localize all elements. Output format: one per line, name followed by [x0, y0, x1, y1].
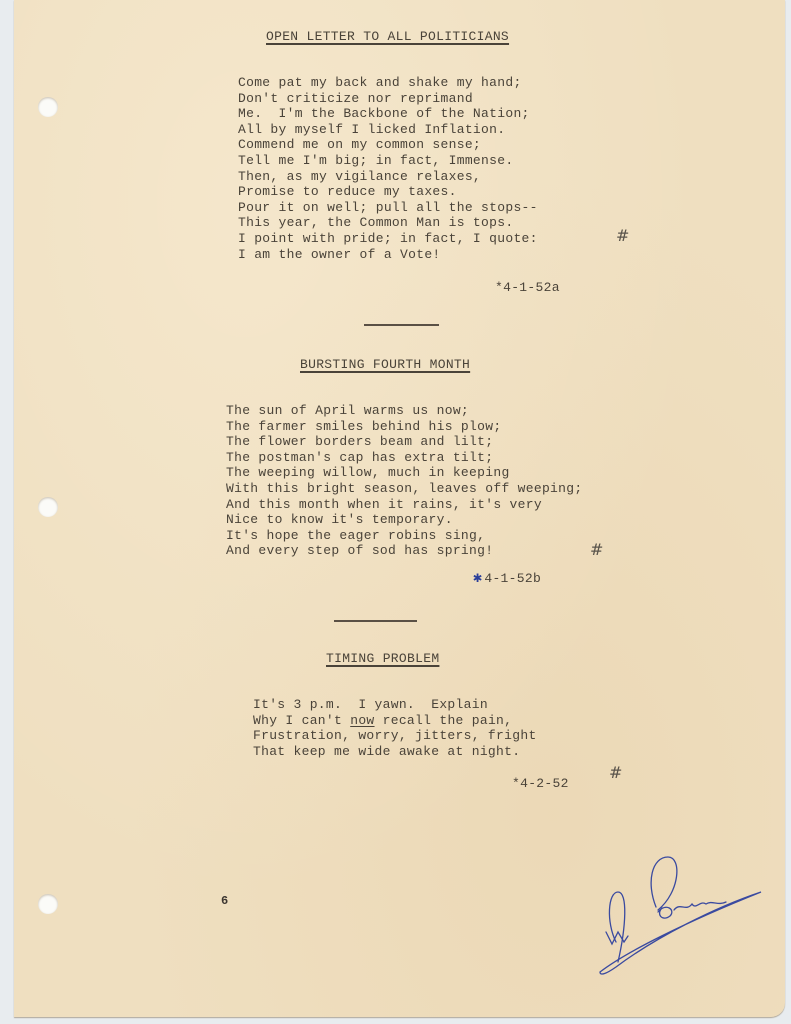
poem-title: TIMING PROBLEM: [326, 651, 439, 667]
poem-line: The sun of April warms us now;: [226, 403, 582, 419]
blue-star-icon: ✱: [473, 570, 482, 587]
poem-line: Promise to reduce my taxes.: [238, 184, 538, 200]
poem-body: It's 3 p.m. I yawn. ExplainWhy I can't n…: [253, 697, 537, 759]
handwritten-mark-icon: #: [616, 226, 629, 245]
poem-title: BURSTING FOURTH MONTH: [300, 357, 470, 373]
poem-line: The farmer smiles behind his plow;: [226, 419, 582, 435]
section-divider: [334, 620, 417, 622]
handwritten-mark-icon: #: [609, 763, 622, 782]
poem-line: All by myself I licked Inflation.: [238, 122, 538, 138]
page-number: 6: [221, 894, 228, 908]
poem-line: And this month when it rains, it's very: [226, 497, 582, 513]
handwritten-mark-icon: #: [590, 540, 603, 559]
poem-line: With this bright season, leaves off weep…: [226, 481, 582, 497]
poem-line: Come pat my back and shake my hand;: [238, 75, 538, 91]
poem-date-code: ✱4-1-52b: [473, 571, 541, 587]
poem-line: I am the owner of a Vote!: [238, 247, 538, 263]
poem-line: Then, as my vigilance relaxes,: [238, 169, 538, 185]
poem-line: The flower borders beam and lilt;: [226, 434, 582, 450]
punch-hole: [38, 97, 58, 117]
poem-date-code: *4-2-52: [512, 776, 569, 792]
poem-line: Pour it on well; pull all the stops--: [238, 200, 538, 216]
poem-line: I point with pride; in fact, I quote:: [238, 231, 538, 247]
poem-line: It's hope the eager robins sing,: [226, 528, 582, 544]
poem-line: Commend me on my common sense;: [238, 137, 538, 153]
poem-line: Tell me I'm big; in fact, Immense.: [238, 153, 538, 169]
signature-icon: [596, 852, 766, 982]
poem-line: Me. I'm the Backbone of the Nation;: [238, 106, 538, 122]
poem-line: The weeping willow, much in keeping: [226, 465, 582, 481]
punch-hole: [38, 894, 58, 914]
poem-line: Don't criticize nor reprimand: [238, 91, 538, 107]
poem-line: The postman's cap has extra tilt;: [226, 450, 582, 466]
poem-line: This year, the Common Man is tops.: [238, 215, 538, 231]
section-divider: [364, 324, 439, 326]
punch-hole: [38, 497, 58, 517]
poem-line: Nice to know it's temporary.: [226, 512, 582, 528]
poem-date-code: *4-1-52a: [495, 280, 560, 296]
poem-line: And every step of sod has spring!: [226, 543, 582, 559]
poem-body: The sun of April warms us now;The farmer…: [226, 403, 582, 559]
poem-title: OPEN LETTER TO ALL POLITICIANS: [266, 29, 509, 45]
poem-body: Come pat my back and shake my hand;Don't…: [238, 75, 538, 262]
